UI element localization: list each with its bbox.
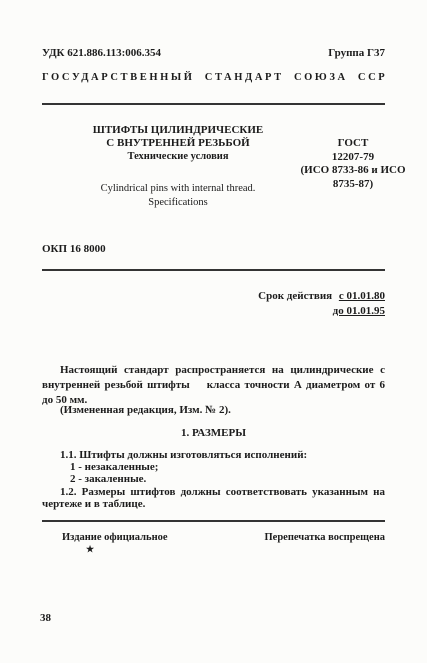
- title-block-ru: ШТИФТЫ ЦИЛИНДРИЧЕСКИЕ С ВНУТРЕННЕЙ РЕЗЬБ…: [58, 124, 298, 163]
- iso-reference-line1: (ИСО 8733-86 и ИСО: [283, 164, 423, 178]
- scanned-standard-page: УДК 621.886.113:006.354 Группа Г37 ГОСУД…: [0, 0, 427, 663]
- okp-code: ОКП 16 8000: [42, 243, 106, 255]
- official-edition-label: Издание официальное: [42, 532, 168, 543]
- validity-label: Срок действия: [258, 290, 332, 302]
- validity-line1: Срок действия с 01.01.80: [42, 289, 385, 304]
- footer-imprint: Издание официальное Перепечатка воспреще…: [42, 532, 385, 543]
- clause-1-1-item2: 2 - закаленные.: [70, 473, 146, 485]
- group-code: Группа Г37: [328, 47, 385, 59]
- page-number: 38: [40, 612, 51, 624]
- clause-1-1-item1: 1 - незакаленные;: [70, 461, 158, 473]
- title-ru-line1: ШТИФТЫ ЦИЛИНДРИЧЕСКИЕ: [58, 124, 298, 137]
- intro-line2: внутренней резьбой штифты класса точност…: [42, 379, 385, 391]
- intro-line2-left: внутренней резьбой штифты: [42, 379, 190, 391]
- title-en-line1: Cylindrical pins with internal thread.: [58, 182, 298, 196]
- validity-to: до 01.01.95: [42, 304, 385, 319]
- intro-line1: Настоящий стандарт распространяется на ц…: [42, 364, 385, 376]
- intro-line2-right: класса точности А диаметром от 6: [207, 379, 385, 391]
- gost-word: ГОСТ: [283, 137, 423, 151]
- gost-number: 12207-79: [283, 151, 423, 165]
- footer-rule: [42, 520, 385, 522]
- header-rule: [42, 103, 385, 105]
- title-ru-line2: С ВНУТРЕННЕЙ РЕЗЬБОЙ: [58, 137, 298, 150]
- iso-reference-line2: 8735-87): [283, 178, 423, 192]
- okp-rule: [42, 269, 385, 271]
- amendment-note: (Измененная редакция, Изм. № 2).: [60, 404, 231, 416]
- title-ru-subtitle: Технические условия: [58, 150, 298, 163]
- star-icon: ★: [86, 544, 94, 555]
- clause-1-2-line2: чертеже и в таблице.: [42, 498, 145, 510]
- state-standard-title: ГОСУДАРСТВЕННЫЙ СТАНДАРТ СОЮЗА ССР: [42, 72, 385, 83]
- validity-period: Срок действия с 01.01.80 до 01.01.95: [42, 289, 385, 319]
- section1-heading: 1. РАЗМЕРЫ: [42, 427, 385, 439]
- classification-row: УДК 621.886.113:006.354 Группа Г37: [42, 47, 385, 59]
- gost-designation: ГОСТ 12207-79 (ИСО 8733-86 и ИСО 8735-87…: [283, 137, 423, 191]
- clause-1-1: 1.1. Штифты должны изготовляться исполне…: [60, 449, 307, 461]
- title-en-line2: Specifications: [58, 196, 298, 210]
- validity-from: с 01.01.80: [339, 290, 385, 302]
- udk-code: УДК 621.886.113:006.354: [42, 47, 161, 59]
- clause-1-2-line1: 1.2. Размеры штифтов должны соответствов…: [42, 486, 385, 498]
- reprint-prohibited-label: Перепечатка воспрещена: [265, 532, 385, 543]
- title-block-en: Cylindrical pins with internal thread. S…: [58, 182, 298, 210]
